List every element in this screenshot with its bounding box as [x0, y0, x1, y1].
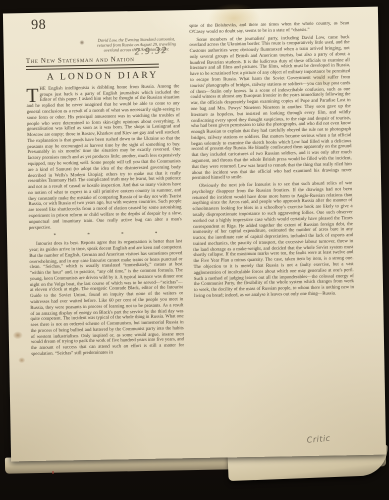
paragraph-text: HE English intelligentsia is dribbling h… — [27, 84, 182, 231]
photo-caption: David Low, the Evening Standard cartooni… — [95, 36, 177, 53]
continued-text-fragment: spite of the Bolsheviks, and there are t… — [189, 21, 349, 35]
diary-paragraph-2: Intourist does its best. Reports agree t… — [29, 239, 184, 357]
two-column-layout: David Low, the Evening Standard cartooni… — [25, 21, 364, 455]
page-content: David Low, the Evening Standard cartooni… — [25, 21, 364, 455]
right-column: spite of the Bolsheviks, and there are t… — [189, 21, 357, 452]
diary-paragraph-3: Some members of the journalists' party, … — [189, 35, 352, 182]
paper-stain — [13, 331, 23, 339]
paper-stain — [18, 357, 25, 363]
masthead-row: The New Statesman and Nation — [26, 57, 160, 70]
red-pencil-mark — [52, 471, 54, 474]
diary-paragraph-1: THE English intelligentsia is dribbling … — [26, 84, 182, 231]
scanned-magazine-page: 98 2.9.32 Critic David Low, the Evening … — [3, 7, 386, 462]
article-title: A LONDON DIARY — [26, 73, 179, 82]
left-column: David Low, the Evening Standard cartooni… — [25, 24, 186, 455]
diary-paragraph-4: Obviously the next job for Intourist is … — [192, 181, 354, 300]
asterisk-separator: * * * * — [29, 231, 182, 240]
drop-cap: T — [26, 87, 40, 104]
